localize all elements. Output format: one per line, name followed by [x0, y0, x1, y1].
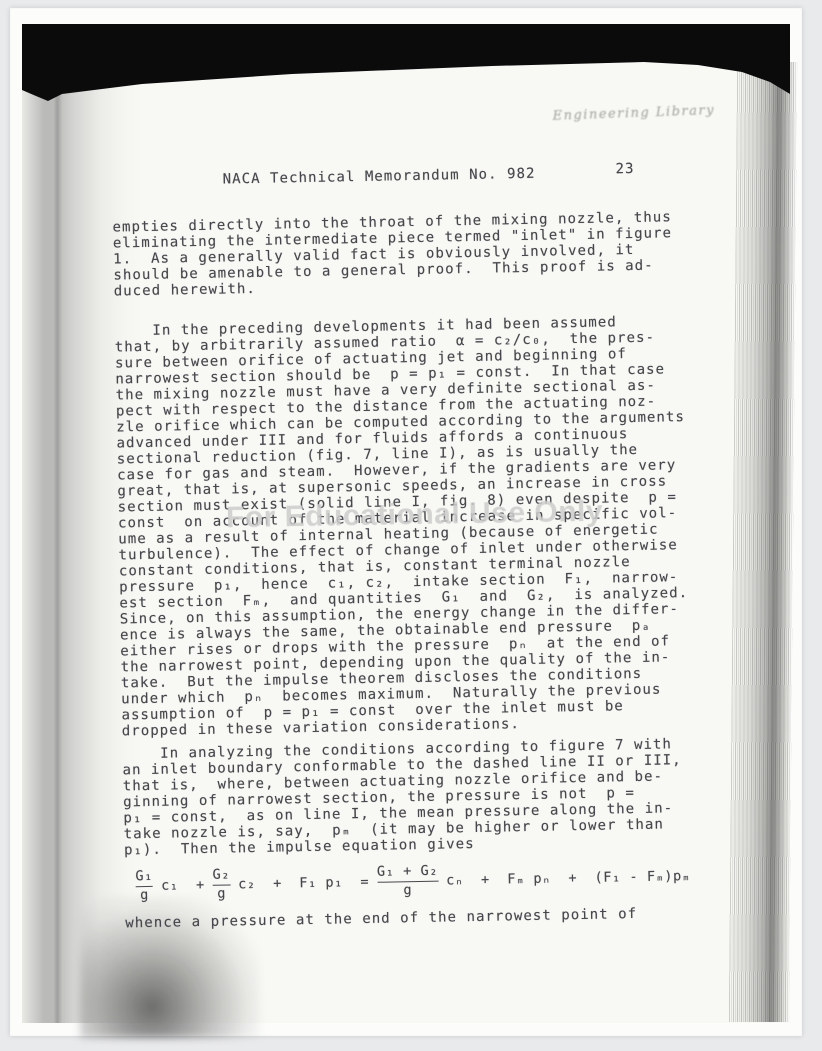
- paragraph-3: In analyzing the conditions according to…: [122, 735, 736, 858]
- fraction-denominator: g: [217, 887, 226, 902]
- fraction-denominator: g: [403, 884, 412, 899]
- fraction-numerator: G₁ + G₂: [377, 864, 438, 880]
- equation-term: c₁ +: [161, 877, 205, 894]
- equation-term: c₂ + F₁ p₁ =: [238, 874, 369, 892]
- equation-term: cₙ + Fₘ pₙ + (F₁ - Fₘ)pₘ: [446, 868, 691, 888]
- page-number: 23: [615, 161, 634, 177]
- fraction-numerator: G₂: [212, 867, 230, 882]
- fraction-numerator: G₁: [135, 869, 153, 884]
- equation-fraction-1: G₁ g: [135, 869, 153, 904]
- fraction-denominator: g: [140, 888, 149, 903]
- educational-use-watermark: For Educational Use Only: [226, 495, 604, 536]
- book-page-edges: [729, 62, 797, 1022]
- body-text: empties directly into the throat of the …: [112, 208, 737, 931]
- equation-fraction-3: G₁ + G₂ g: [377, 864, 439, 900]
- equation-fraction-2: G₂ g: [212, 867, 230, 902]
- scanned-document-page: Engineering Library NACA Technical Memor…: [0, 0, 822, 1051]
- paragraph-1: empties directly into the throat of the …: [112, 208, 725, 299]
- impulse-equation: G₁ g c₁ + G₂ g c₂ + F₁ p₁ = G₁ + G₂: [130, 858, 737, 903]
